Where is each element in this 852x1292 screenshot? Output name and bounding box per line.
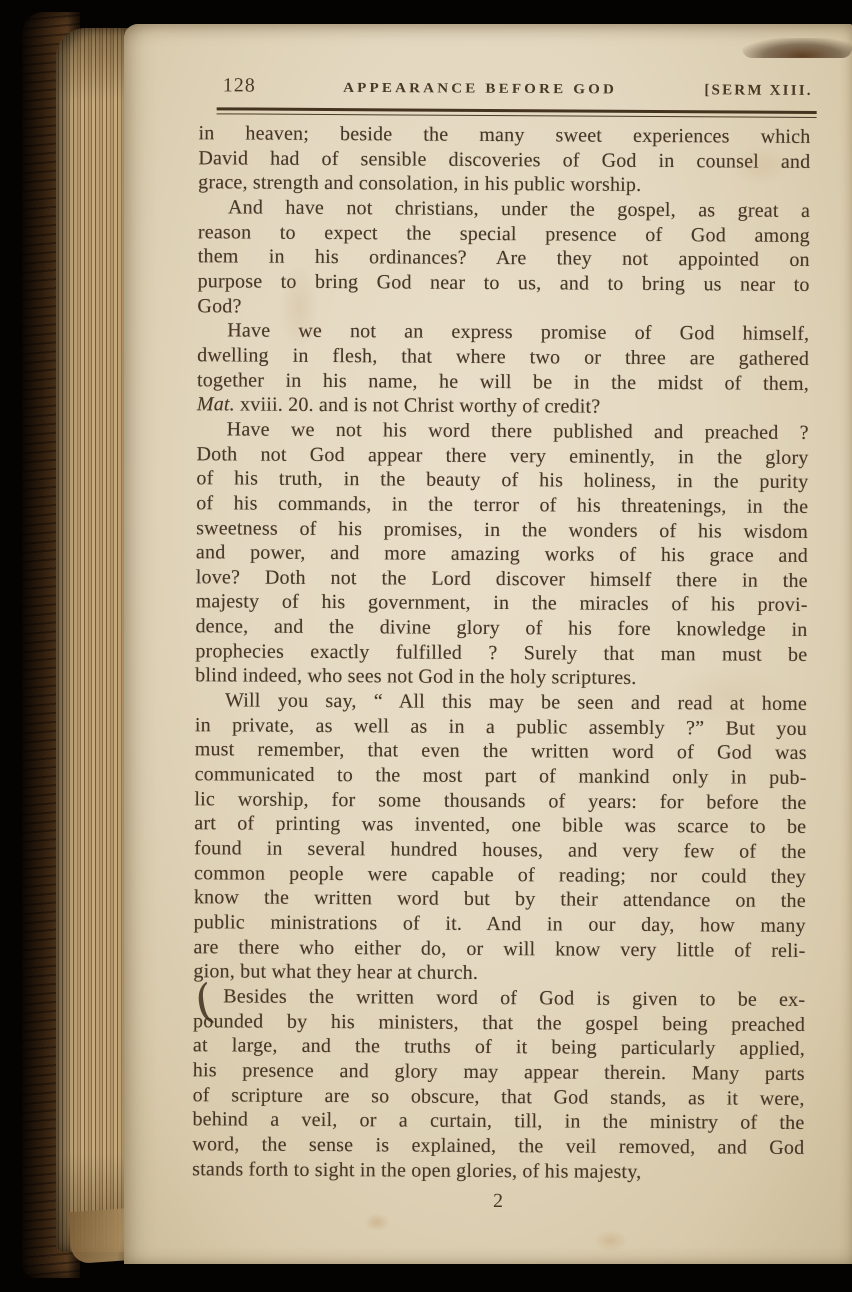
text-line: And have not christians, under the gospe… xyxy=(198,195,810,223)
photo-background: 128 APPEARANCE BEFORE GOD [SERM XIII. in… xyxy=(0,0,852,1292)
text-line: Have we not his word there published and… xyxy=(197,417,809,445)
sermon-number-label: [SERM XIII. xyxy=(704,82,812,100)
text-line: and power, and more amazing works of his… xyxy=(196,540,808,568)
text-line: must remember, that even the written wor… xyxy=(195,738,807,766)
text-line: of his commands, in the terror of his th… xyxy=(196,491,808,519)
paragraph: Have we not an express promise of God hi… xyxy=(197,318,810,420)
foxing-stain xyxy=(594,1230,628,1252)
text-line: majesty of his government, in the miracl… xyxy=(196,590,808,618)
text-line: his presence and glory may appear therei… xyxy=(193,1058,805,1086)
text-line: of his truth, in the beauty of his holin… xyxy=(196,466,808,494)
foxing-stain xyxy=(364,1213,390,1231)
text-line: God? xyxy=(197,294,809,322)
text-line: purpose to bring God near to us, and to … xyxy=(198,269,810,297)
text-line: dence, and the divine glory of his fore … xyxy=(195,614,807,642)
text-line: Mat. xviii. 20. and is not Christ worthy… xyxy=(197,392,809,420)
text-line: lic worship, for some thousands of years… xyxy=(194,787,806,815)
text-line: Have we not an express promise of God hi… xyxy=(197,318,809,346)
text-line: David had of sensible discoveries of God… xyxy=(198,146,810,174)
text-line: found in several hundred houses, and ver… xyxy=(194,836,806,864)
text-line: prophecies exactly fulfilled ? Surely th… xyxy=(195,639,807,667)
text-line: pounded by his ministers, that the gospe… xyxy=(193,1009,805,1037)
text-line: Doth not God appear there very eminently… xyxy=(196,442,808,470)
text-line: of scripture are so obscure, that God st… xyxy=(193,1083,805,1111)
book-page: 128 APPEARANCE BEFORE GOD [SERM XIII. in… xyxy=(124,24,852,1264)
page-content: 128 APPEARANCE BEFORE GOD [SERM XIII. in… xyxy=(124,22,852,1266)
text-line: public ministrations of it. And in our d… xyxy=(194,910,806,938)
text-line: in private, as well as in a public assem… xyxy=(195,713,807,741)
italic-text: Mat. xyxy=(197,393,235,415)
text-block: in heaven; beside the many sweet experie… xyxy=(192,121,810,1185)
page-header: 128 APPEARANCE BEFORE GOD [SERM XIII. xyxy=(223,74,813,104)
text-line: Will you say, “ All this may be seen and… xyxy=(195,688,807,716)
text-line: behind a veil, or a curtain, till, in th… xyxy=(192,1107,804,1135)
paragraph: Will you say, “ All this may be seen and… xyxy=(193,688,807,988)
header-double-rule xyxy=(217,107,817,118)
paragraph: Besides the written word of God is given… xyxy=(192,984,805,1185)
plain-text: xviii. 20. and is not Christ worthy of c… xyxy=(235,394,601,418)
text-line: reason to expect the special presence of… xyxy=(198,220,810,248)
text-line: word, the sense is explained, the veil r… xyxy=(192,1132,804,1160)
text-line: know the written word but by their atten… xyxy=(194,886,806,914)
text-line: dwelling in flesh, that where two or thr… xyxy=(197,343,809,371)
text-line: them in his ordinances? Are they not app… xyxy=(198,244,810,272)
paragraph: And have not christians, under the gospe… xyxy=(197,195,810,322)
signature-mark: 2 xyxy=(192,1188,804,1215)
running-title: APPEARANCE BEFORE GOD xyxy=(343,81,617,98)
text-line: blind indeed, who sees not God in the ho… xyxy=(195,664,807,692)
text-line: grace, strength and consolation, in his … xyxy=(198,171,810,199)
text-line: in heaven; beside the many sweet experie… xyxy=(198,121,810,149)
text-line: Besides the written word of God is given… xyxy=(193,984,805,1012)
paragraph: Have we not his word there published and… xyxy=(195,417,809,692)
text-line: together in his name, he will be in the … xyxy=(197,368,809,396)
text-line: communicated to the most part of mankind… xyxy=(195,762,807,790)
text-line: gion, but what they hear at church. xyxy=(193,960,805,988)
text-line: sweetness of his promises, in the wonder… xyxy=(196,516,808,544)
text-line: love? Doth not the Lord discover himself… xyxy=(196,565,808,593)
text-line: at large, and the truths of it being par… xyxy=(193,1033,805,1061)
text-line: stands forth to sight in the open glorie… xyxy=(192,1157,804,1185)
text-line: common people were capable of reading; n… xyxy=(194,861,806,889)
text-line: art of printing was invented, one bible … xyxy=(194,812,806,840)
text-line: are there who either do, or will know ve… xyxy=(193,935,805,963)
paragraph: in heaven; beside the many sweet experie… xyxy=(198,121,810,199)
page-edge-stack xyxy=(56,28,130,1252)
page-number: 128 xyxy=(223,74,256,97)
